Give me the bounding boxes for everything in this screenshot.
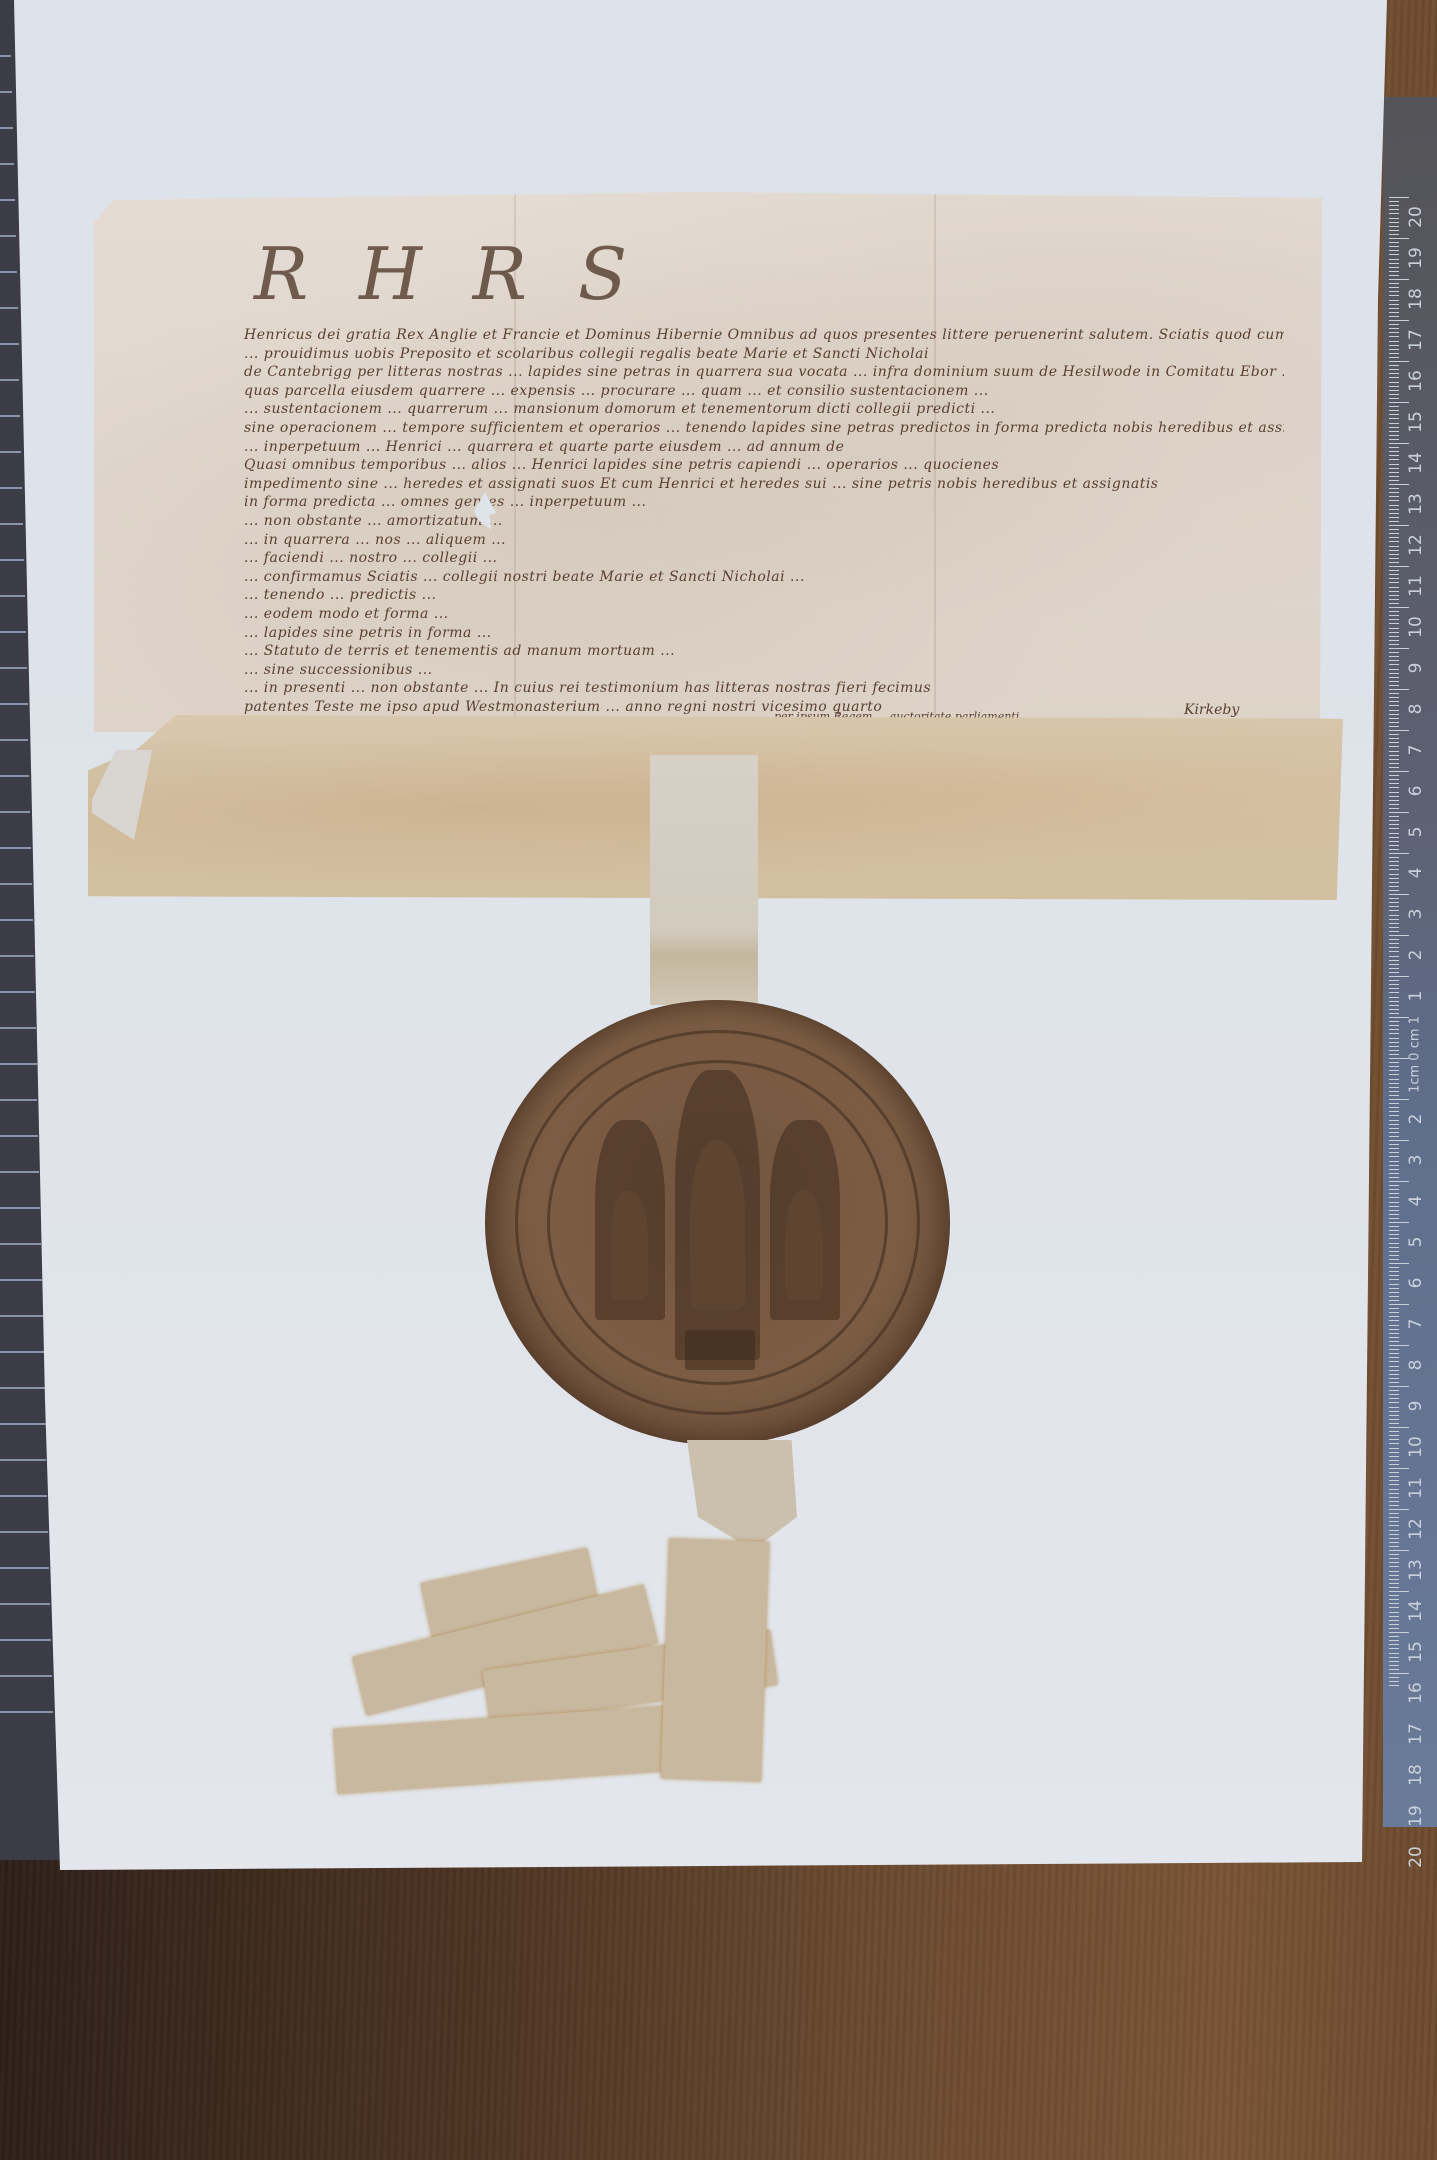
ruler-tick [1389,254,1399,255]
ruler-tick [1389,956,1399,957]
ruler-tick [1389,677,1399,678]
ruler-tick [1389,1484,1399,1485]
ruler-tick [1389,476,1399,477]
ruler-tick [1389,361,1409,362]
ruler-tick [1389,582,1399,583]
ruler-tick [1389,1620,1399,1621]
ruler-tick [1389,1304,1409,1305]
ruler-tick [1389,492,1399,493]
scale-tick [0,1639,51,1641]
ruler-tick [1389,1263,1409,1264]
ruler-tick [1389,394,1399,395]
ruler-tick [1389,886,1399,887]
scale-tick [0,775,29,777]
ruler-tick [1389,304,1399,305]
ruler-tick [1389,271,1399,272]
ruler-tick [1389,861,1399,862]
ruler-tick [1389,1173,1399,1174]
ruler-tick [1389,1222,1409,1223]
ruler-tick [1389,1029,1399,1030]
ruler-tick [1389,1591,1409,1592]
ruler-tick [1389,525,1409,526]
ruler-tick [1389,250,1399,251]
ruler-tick [1389,1530,1399,1531]
ruler-tick [1389,320,1409,321]
ruler-tick [1389,1202,1399,1203]
scale-tick [0,307,18,309]
ruler-tick [1389,742,1399,743]
scale-tick [0,1315,43,1317]
ruler-tick [1389,369,1399,370]
ruler-tick [1389,1238,1399,1239]
ruler-tick [1389,1624,1399,1625]
ruler-tick [1389,529,1399,530]
ruler-tick [1389,1337,1399,1338]
ruler-tick [1389,894,1409,895]
ruler-tick [1389,648,1409,649]
ruler-tick [1389,1644,1399,1645]
ruler-tick [1389,853,1409,854]
fragment [661,1538,769,1781]
ruler-tick [1389,1566,1399,1567]
ruler-tick [1389,455,1399,456]
ruler-tick [1389,230,1399,231]
ruler-tick [1389,689,1409,690]
ruler-tick [1389,1046,1399,1047]
ruler-tick [1389,435,1399,436]
ruler-tick [1389,1243,1399,1244]
ruler-tick [1389,1435,1399,1436]
ruler-tick [1389,746,1399,747]
ruler-tick [1389,300,1399,301]
ruler-tick [1389,697,1399,698]
ruler-tick [1389,972,1399,973]
ruler-tick [1389,1366,1399,1367]
ruler-tick [1389,599,1399,600]
scale-tick [0,811,30,813]
ruler-tick [1389,906,1399,907]
ruler-tick [1389,517,1399,518]
seal-base-panel [685,1330,755,1370]
ruler-tick [1389,1599,1399,1600]
ruler-tick [1389,1411,1399,1412]
ruler-center-label: 1cm 0 cm 1 [1408,1015,1423,1095]
ruler-tick [1389,1394,1399,1395]
ruler-tick [1389,1538,1399,1539]
ruler-number: 10 [1406,1432,1426,1462]
wax-seal [485,1000,950,1445]
ruler-tick [1389,587,1399,588]
ruler-tick [1389,341,1399,342]
ruler-tick [1389,566,1409,567]
ruler-tick [1389,1669,1399,1670]
ruler-tick [1389,1419,1399,1420]
scale-tick [0,847,31,849]
ruler-tick [1389,1111,1399,1112]
ruler-tick [1389,558,1399,559]
ruler-number: 12 [1406,1514,1426,1544]
scale-tick [0,1279,42,1281]
ruler-tick [1389,324,1399,325]
ruler-tick [1389,1616,1399,1617]
ruler-tick [1389,857,1399,858]
ruler-tick [1389,1107,1399,1108]
ruler-number: 6 [1406,776,1426,806]
ruler-tick [1389,1009,1399,1010]
tag-fragments [335,1500,795,1800]
ruler-tick [1389,1534,1399,1535]
ruler-tick [1389,226,1399,227]
scale-tick [0,487,22,489]
ruler-tick [1389,1448,1399,1449]
ruler-tick [1389,1033,1399,1034]
ruler-tick [1389,541,1399,542]
ruler-tick [1389,1632,1409,1633]
ruler-tick [1389,1513,1399,1514]
ruler-tick [1389,1685,1399,1686]
scale-tick [0,703,28,705]
ruler-tick [1389,947,1399,948]
ruler-tick [1389,869,1399,870]
ruler-number: 2 [1406,1104,1426,1134]
ruler-tick [1389,738,1399,739]
ruler-tick [1389,1120,1399,1121]
ruler-tick [1389,1382,1399,1383]
ruler-tick [1389,1070,1399,1071]
ruler-tick [1389,984,1399,985]
ruler-tick [1389,1398,1399,1399]
ruler-tick [1389,402,1409,403]
ruler-tick [1389,509,1399,510]
scale-tick [0,739,28,741]
ruler-tick [1389,1653,1399,1654]
ruler-tick [1389,828,1399,829]
ruler-tick [1389,554,1399,555]
ruler-tick [1389,1271,1399,1272]
ruler-tick [1389,377,1399,378]
ruler-tick [1389,623,1399,624]
ruler-tick [1389,1165,1399,1166]
ruler-tick [1389,345,1399,346]
ruler-tick [1389,898,1399,899]
ruler-tick [1389,1001,1399,1002]
ruler-tick [1389,1148,1399,1149]
scale-tick [0,1495,47,1497]
ruler-tick [1389,218,1399,219]
ruler-tick [1389,1583,1399,1584]
scale-tick [0,919,33,921]
ruler-tick [1389,992,1399,993]
ruler-tick [1389,673,1399,674]
ruler-tick [1389,976,1409,977]
ruler-tick [1389,845,1399,846]
ruler-tick [1389,636,1399,637]
ruler-tick [1389,1493,1399,1494]
ruler-number: 9 [1406,1391,1426,1421]
ruler-tick [1389,1603,1399,1604]
ruler-tick [1389,824,1399,825]
ruler-number: 4 [1406,858,1426,888]
ruler-tick [1389,574,1399,575]
ruler-tick [1389,349,1399,350]
scale-tick [0,343,19,345]
ruler-tick [1389,213,1399,214]
ruler-tick [1389,1210,1399,1211]
ruler-tick [1389,496,1399,497]
ruler-tick [1389,234,1399,235]
ruler-tick [1389,246,1399,247]
ruler-tick [1389,1370,1399,1371]
ruler-tick [1389,1124,1399,1125]
ruler-tick [1389,968,1399,969]
ruler-tick [1389,513,1399,514]
ruler-number: 4 [1406,1186,1426,1216]
ruler-tick [1389,726,1399,727]
ruler-tick [1389,1255,1399,1256]
ruler-number: 3 [1406,899,1426,929]
ruler-tick [1389,951,1399,952]
ruler-tick [1389,275,1399,276]
ruler-tick [1389,578,1399,579]
ruler-tick [1389,1378,1399,1379]
ruler-tick [1389,919,1399,920]
ruler-tick [1389,373,1399,374]
ruler-tick [1389,1341,1399,1342]
ruler-number: 8 [1406,694,1426,724]
scale-tick [0,631,26,633]
ruler-tick [1389,451,1399,452]
ruler-tick [1389,328,1399,329]
ruler-tick [1389,1042,1399,1043]
ruler-tick [1389,267,1399,268]
ruler-number: 13 [1406,489,1426,519]
ruler-tick [1389,1554,1399,1555]
ruler-tick [1389,927,1399,928]
ruler-tick [1389,1439,1399,1440]
ruler-tick [1389,209,1399,210]
ruler-tick [1389,242,1399,243]
ruler-tick [1389,468,1399,469]
ruler-number: 8 [1406,1350,1426,1380]
scale-tick [0,163,14,165]
ruler-tick [1389,205,1399,206]
ruler-tick [1389,1013,1399,1014]
ruler-tick [1389,1288,1399,1289]
seal-side-figure [785,1190,823,1300]
ruler-tick [1389,1197,1399,1198]
ruler-tick [1389,882,1399,883]
scribe-signature: Kirkeby [1184,702,1239,718]
ruler-tick [1389,1005,1399,1006]
ruler-number: 9 [1406,653,1426,683]
ruler-tick [1389,1562,1399,1563]
ruler-tick [1389,1558,1399,1559]
ruler-tick [1389,1308,1399,1309]
scale-tick [0,1387,45,1389]
ruler-tick [1389,1095,1399,1096]
scale-tick [0,559,24,561]
ruler-number: 18 [1406,1760,1426,1790]
scale-tick [0,199,15,201]
ruler-tick [1389,562,1399,563]
ruler-tick [1389,1575,1399,1576]
ruler-number: 6 [1406,1268,1426,1298]
ruler-number: 20 [1406,1842,1426,1872]
ruler-tick [1389,935,1409,936]
scale-tick [0,955,34,957]
scale-tick [0,667,27,669]
ruler-tick [1389,570,1399,571]
ruler-tick [1389,660,1399,661]
ruler-number: 16 [1406,1678,1426,1708]
ruler-tick [1389,336,1399,337]
ruler-tick [1389,603,1399,604]
ruler-tick [1389,1460,1399,1461]
ruler-tick [1389,1226,1399,1227]
ruler-tick [1389,1673,1409,1674]
ruler-tick [1389,902,1399,903]
ruler-tick [1389,1017,1409,1018]
ruler-tick [1389,787,1399,788]
ruler-tick [1389,480,1399,481]
ruler-tick [1389,997,1399,998]
ruler-tick [1389,1087,1399,1088]
ruler-tick [1389,1677,1399,1678]
ruler-tick [1389,652,1399,653]
ruler-tick [1389,820,1399,821]
ruler-tick [1389,447,1399,448]
ruler-tick [1389,1353,1399,1354]
ruler-tick [1389,759,1399,760]
ruler-tick [1389,816,1399,817]
scale-tick [0,1099,37,1101]
ruler-tick [1389,1058,1409,1059]
ruler-tick [1389,1161,1399,1162]
ruler-tick [1389,1501,1399,1502]
ruler-tick [1389,1612,1399,1613]
ruler-tick [1389,472,1399,473]
ruler-tick [1389,710,1399,711]
ruler-tick [1389,423,1399,424]
ruler-tick [1389,1595,1399,1596]
ruler-tick [1389,365,1399,366]
ruler-tick [1389,1542,1399,1543]
ruler-tick [1389,701,1399,702]
ruler-tick [1389,1054,1399,1055]
ruler-number: 18 [1406,284,1426,314]
ruler-tick [1389,222,1399,223]
ruler-tick [1389,410,1399,411]
scale-tick [0,1027,36,1029]
ruler-number: 7 [1406,735,1426,765]
ruler-tick [1389,263,1399,264]
ruler-tick [1389,865,1399,866]
scale-tick [0,595,25,597]
scale-tick [0,1567,49,1569]
ruler-tick [1389,279,1409,280]
scale-tick [0,1351,44,1353]
ruler-tick [1389,812,1409,813]
ruler-tick [1389,1361,1399,1362]
ruler-tick [1389,1193,1399,1194]
ruler-number: 1 [1406,981,1426,1011]
ruler-tick [1389,1025,1399,1026]
ruler-tick [1389,308,1399,309]
ruler-tick [1389,1128,1399,1129]
ruler-number: 11 [1406,571,1426,601]
ruler-tick [1389,763,1399,764]
ruler-tick [1389,546,1399,547]
ruler-tick [1389,796,1399,797]
ruler-tick [1389,1296,1399,1297]
ruler-tick [1389,656,1399,657]
ruler-tick [1389,1661,1399,1662]
right-measuring-ruler: 20191817161514131211109876543211cm 0 cm … [1383,97,1437,1827]
ruler-tick [1389,1407,1399,1408]
ruler-tick [1389,611,1399,612]
scale-tick [0,1063,37,1065]
ruler-tick [1389,1386,1409,1387]
ruler-tick [1389,755,1399,756]
ruler-tick [1389,1074,1399,1075]
ruler-tick [1389,931,1399,932]
ruler-tick [1389,1628,1399,1629]
ruler-number: 17 [1406,325,1426,355]
ruler-tick [1389,792,1399,793]
ruler-tick [1389,414,1399,415]
ruler-tick [1389,1452,1399,1453]
ruler-tick [1389,878,1399,879]
scale-tick [0,1207,40,1209]
ruler-tick [1389,628,1399,629]
ruler-tick [1389,1144,1399,1145]
ruler-tick [1389,775,1399,776]
ruler-tick [1389,800,1399,801]
ruler-tick [1389,459,1399,460]
scale-tick [0,523,23,525]
ruler-tick [1389,386,1399,387]
scale-tick [0,1171,39,1173]
ruler-tick [1389,439,1399,440]
scale-tick [0,379,19,381]
ruler-tick [1389,1374,1399,1375]
ruler-tick [1389,1456,1399,1457]
ruler-tick [1389,779,1399,780]
ruler-number: 5 [1406,1227,1426,1257]
ruler-tick [1389,1497,1399,1498]
ruler-tick [1389,1259,1399,1260]
seal-tag-upper [650,755,758,1005]
ruler-tick [1389,1275,1399,1276]
scale-tick [0,1459,46,1461]
ruler-tick [1389,1230,1399,1231]
ruler-tick [1389,484,1409,485]
ruler-tick [1389,1218,1399,1219]
ruler-tick [1389,1251,1399,1252]
ruler-tick [1389,427,1399,428]
seal-side-figure [610,1190,648,1300]
ruler-tick [1389,685,1399,686]
ruler-tick [1389,1083,1399,1084]
ruler-tick [1389,751,1399,752]
ruler-tick [1389,1525,1399,1526]
ruler-tick [1389,1132,1399,1133]
ruler-number: 14 [1406,448,1426,478]
ruler-number: 17 [1406,1719,1426,1749]
scale-tick [0,991,35,993]
scale-tick [0,451,21,453]
ruler-tick [1389,1279,1399,1280]
